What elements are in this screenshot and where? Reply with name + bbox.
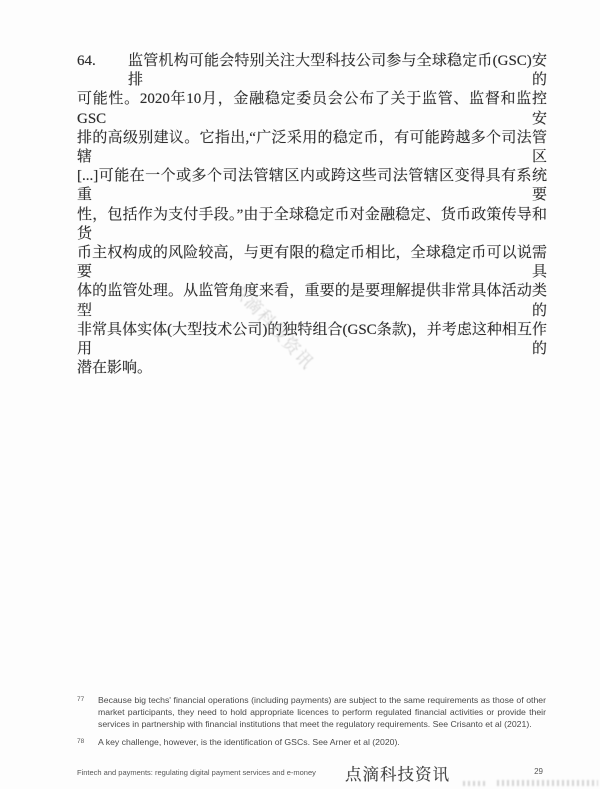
paragraph-number: 64. bbox=[77, 52, 128, 90]
paragraph-line: 币主权构成的风险较高，与更有限的稳定币相比，全球稳定币可以说需要具 bbox=[77, 244, 547, 282]
footnotes-section: 77Because big techs' financial operation… bbox=[77, 695, 546, 756]
paragraph-64: 64.监管机构可能会特别关注大型科技公司参与全球稳定币(GSC)安排的可能性。2… bbox=[77, 52, 547, 378]
paragraph-line: 可能性。2020年10月，金融稳定委员会公布了关于监管、监督和监控GSC安 bbox=[77, 90, 547, 128]
footnote-item: 77Because big techs' financial operation… bbox=[77, 695, 546, 730]
footer-watermark: 点滴科技资讯 bbox=[345, 761, 450, 785]
paragraph-line: 排的高级别建议。它指出,“广泛采用的稳定币，有可能跨越多个司法管辖区 bbox=[77, 129, 547, 167]
scan-smudge bbox=[463, 781, 486, 786]
footnote-text: Because big techs' financial operations … bbox=[98, 695, 546, 730]
paragraph-line: 体的监管处理。从监管角度来看，重要的是要理解提供非常具体活动类型的 bbox=[77, 282, 547, 320]
paragraph-line: [...]可能在一个或多个司法管辖区内或跨这些司法管辖区变得具有系统重要 bbox=[77, 167, 547, 205]
footnote-marker: 78 bbox=[77, 737, 98, 749]
footnote-text: A key challenge, however, is the identif… bbox=[98, 737, 546, 749]
paragraph-line: 64.监管机构可能会特别关注大型科技公司参与全球稳定币(GSC)安排的 bbox=[77, 52, 547, 90]
footnote-marker: 77 bbox=[77, 695, 98, 730]
page-footer: Fintech and payments: regulating digital… bbox=[77, 760, 545, 782]
footnote-item: 78A key challenge, however, is the ident… bbox=[77, 737, 546, 749]
footer-document-title: Fintech and payments: regulating digital… bbox=[77, 768, 316, 777]
paragraph-line: 性，包括作为支付手段。”由于全球稳定币对金融稳定、货币政策传导和货 bbox=[77, 206, 547, 244]
document-page: 64.监管机构可能会特别关注大型科技公司参与全球稳定币(GSC)安排的可能性。2… bbox=[0, 0, 600, 789]
page-number: 29 bbox=[534, 767, 543, 776]
paragraph-line-text: 监管机构可能会特别关注大型科技公司参与全球稳定币(GSC)安排的 bbox=[128, 52, 547, 90]
scan-smudge bbox=[497, 780, 598, 786]
